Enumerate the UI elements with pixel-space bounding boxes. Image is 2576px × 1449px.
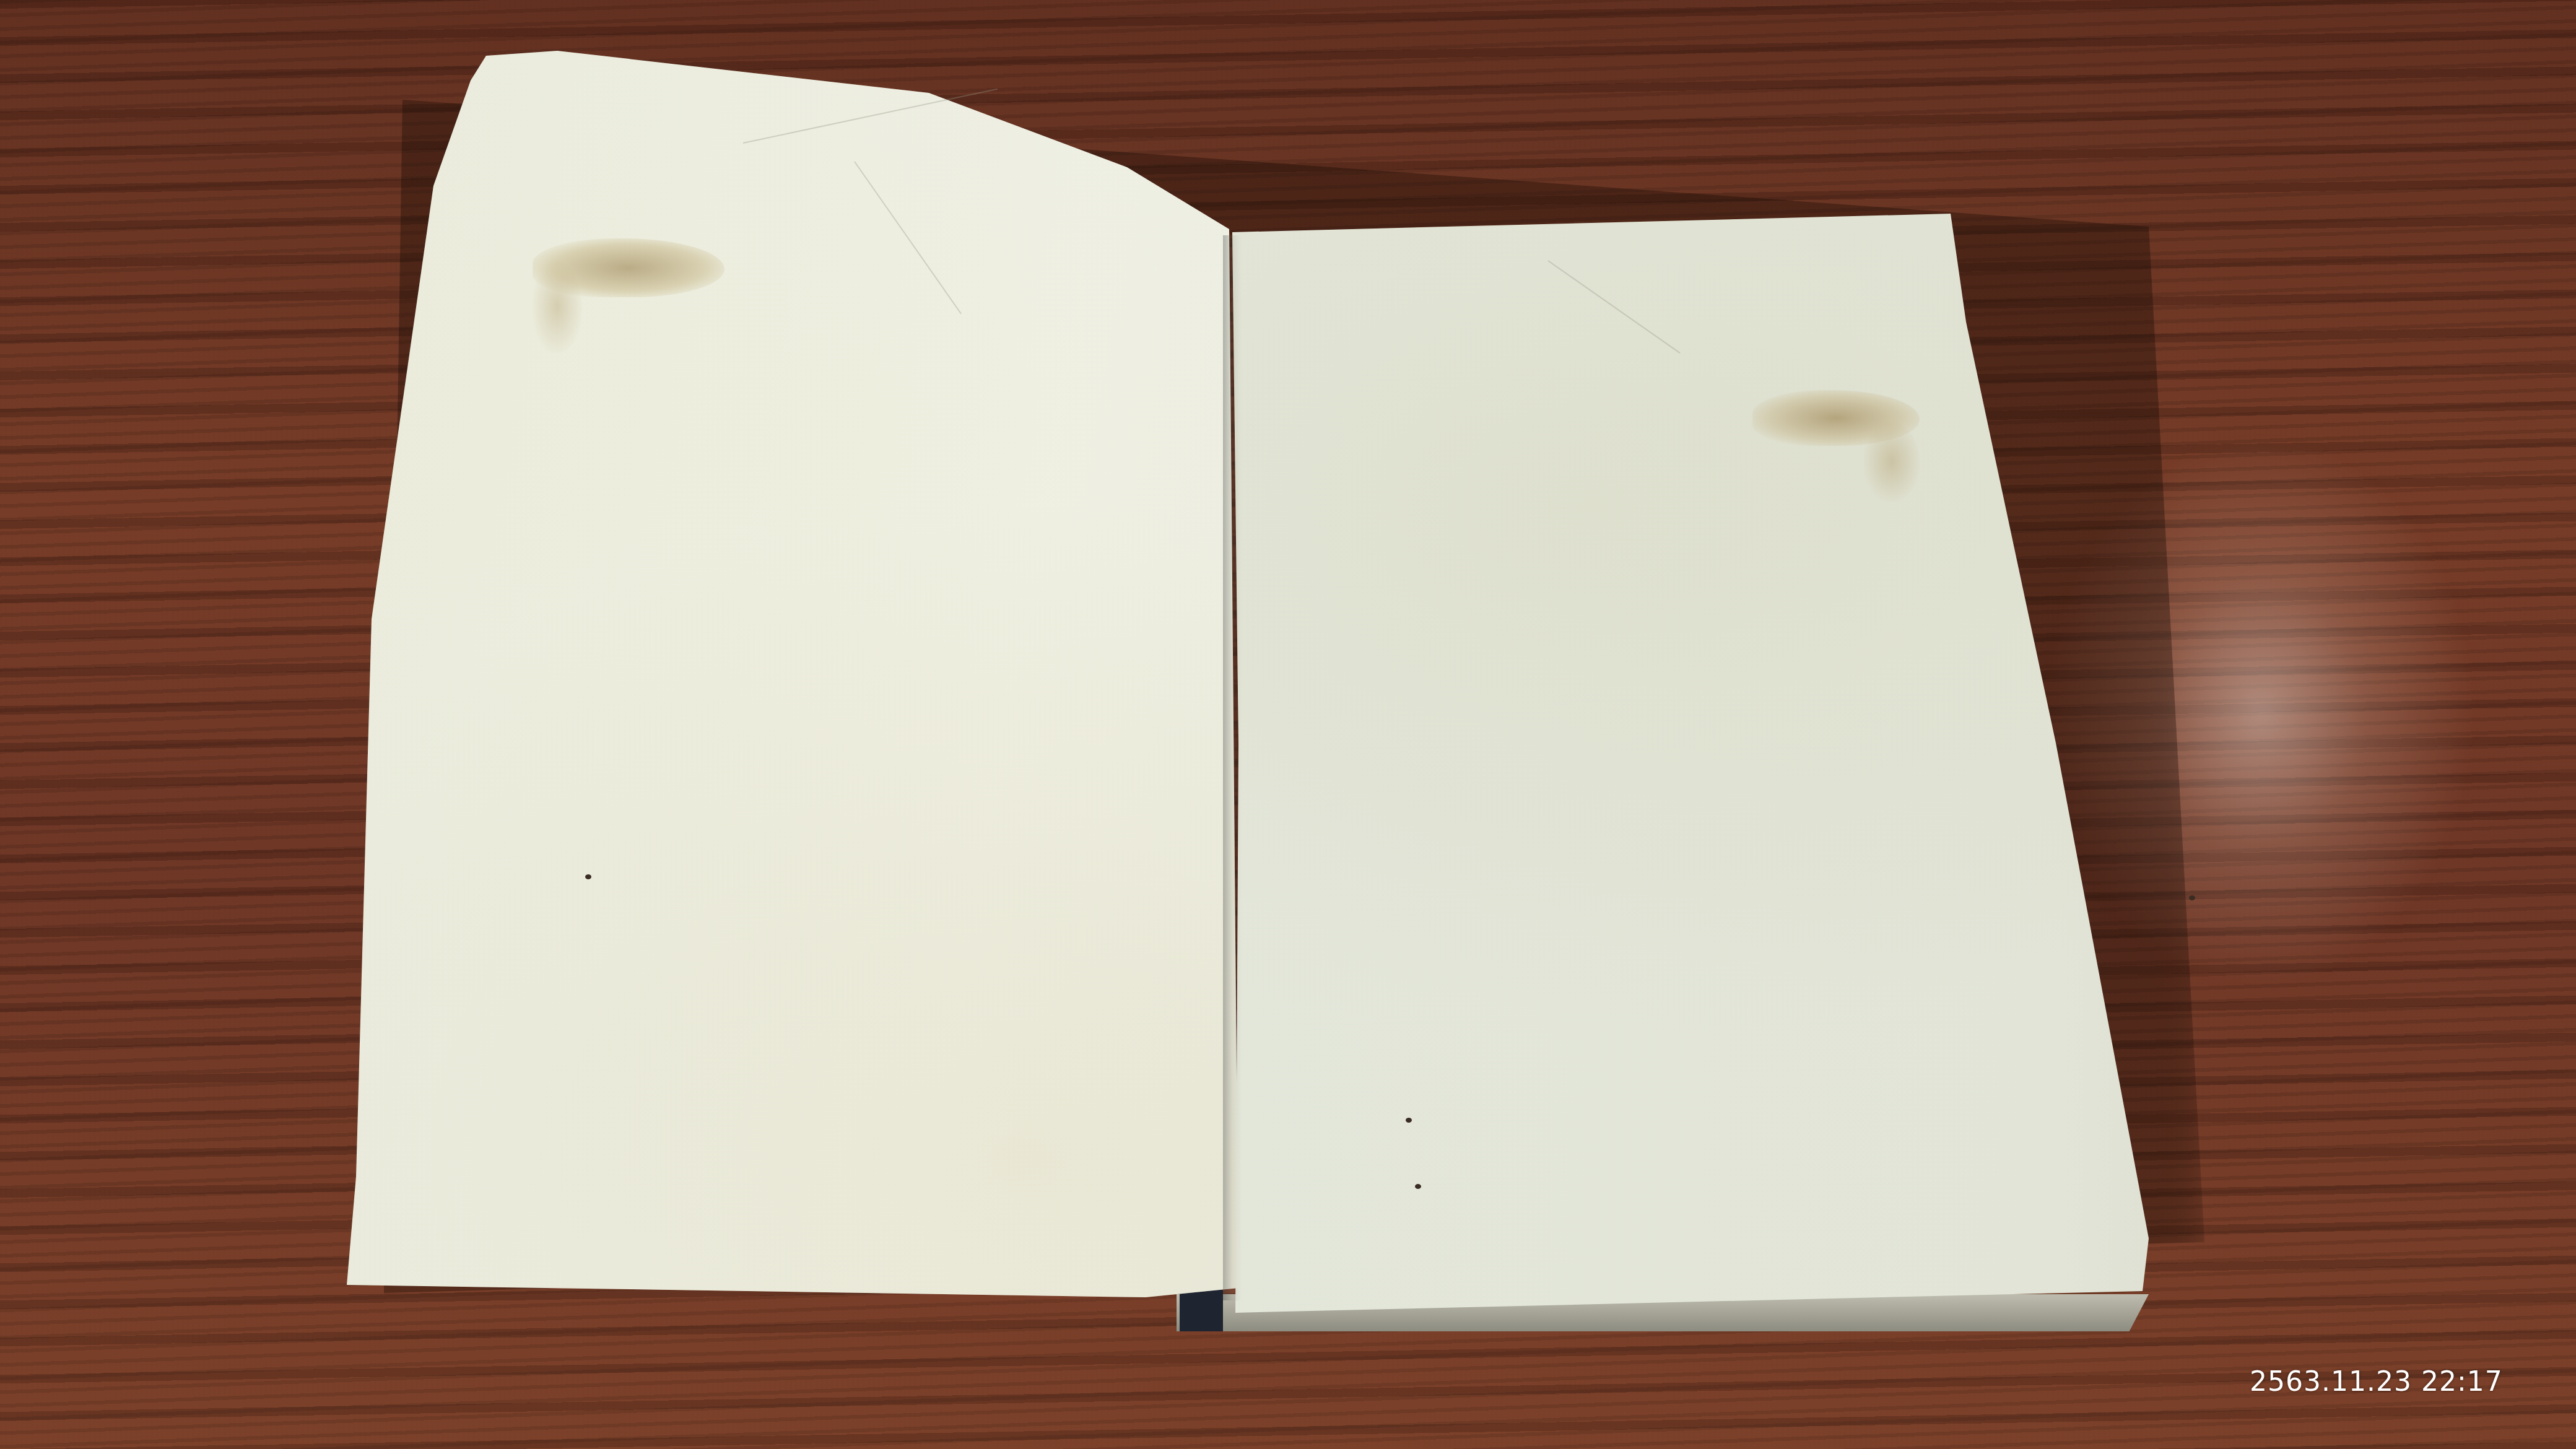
page-speck	[585, 874, 591, 879]
right-page-stain-drip	[1864, 421, 1920, 502]
page-speck	[2189, 895, 2195, 900]
page-speck	[1415, 1184, 1421, 1189]
photo-timestamp: 2563.11.23 22:17	[2250, 1366, 2503, 1398]
book-gutter	[1223, 235, 1242, 1300]
page-speck	[1406, 1118, 1412, 1123]
